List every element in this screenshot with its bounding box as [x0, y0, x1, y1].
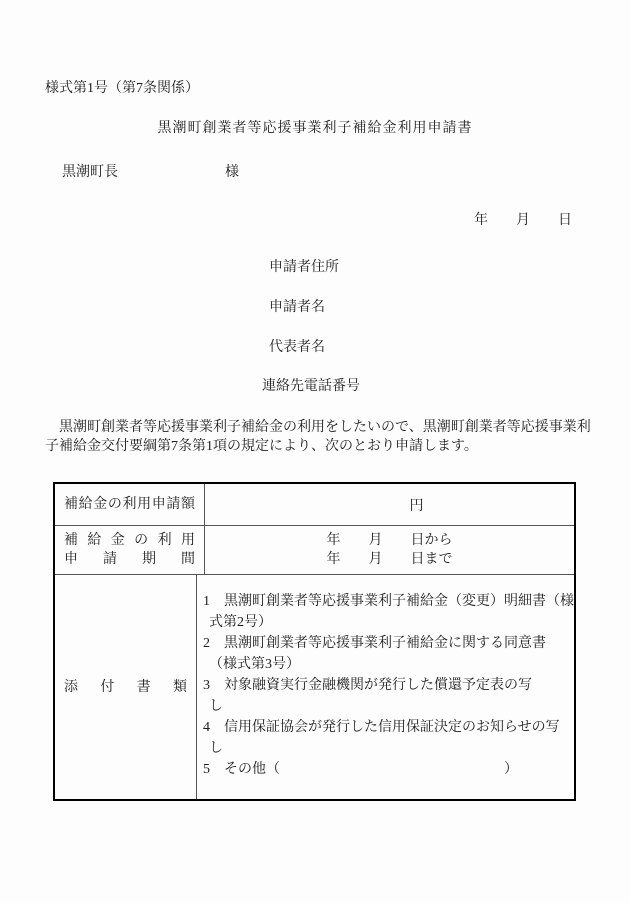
addressee-line: 黒潮町長様	[62, 161, 239, 181]
attachments-list: 1 黒潮町創業者等応援事業利子補給金（変更）明細書（様 式第2号） 2 黒潮町創…	[197, 575, 574, 799]
attachment-item: 4 信用保証協会が発行した信用保証決定のお知らせの写 し	[209, 717, 574, 759]
field-representative-name: 代表者名	[269, 336, 325, 356]
table-row-attachments: 添付書類 1 黒潮町創業者等応援事業利子補給金（変更）明細書（様 式第2号） 2…	[55, 575, 574, 799]
application-table: 補給金の利用申請額 円 補給金の利用 申請期間 年 月 日から 年 月 日まで …	[53, 482, 576, 801]
field-applicant-name: 申請者名	[269, 296, 325, 316]
table-row-period: 補給金の利用 申請期間 年 月 日から 年 月 日まで	[55, 526, 574, 575]
attachment-item: 3 対象融資実行金融機関が発行した償還予定表の写 し	[209, 675, 574, 717]
document-page: 様式第1号（第7条関係） 黒潮町創業者等応援事業利子補給金利用申請書 黒潮町長様…	[0, 0, 630, 903]
table-row-amount: 補給金の利用申請額 円	[55, 484, 574, 526]
form-number: 様式第1号（第7条関係）	[45, 77, 199, 97]
document-title: 黒潮町創業者等応援事業利子補給金利用申請書	[0, 117, 630, 137]
period-to: 年 月 日まで	[205, 550, 574, 569]
attachment-item: 1 黒潮町創業者等応援事業利子補給金（変更）明細書（様 式第2号）	[209, 591, 574, 633]
attachments-label: 添付書類	[64, 678, 187, 697]
period-label-line1: 補給金の利用	[64, 531, 195, 550]
field-applicant-address: 申請者住所	[269, 256, 339, 276]
attachment-item: 5 その他（ ）	[209, 759, 574, 780]
period-from: 年 月 日から	[205, 531, 574, 550]
body-paragraph: 黒潮町創業者等応援事業利子補給金の利用をしたいので、黒潮町創業者等応援事業利 子…	[45, 418, 605, 456]
period-label-line2: 申請期間	[64, 550, 195, 569]
period-label-cell: 補給金の利用 申請期間	[55, 526, 205, 574]
addressee-honorific: 様	[225, 165, 239, 180]
period-value-cell: 年 月 日から 年 月 日まで	[205, 526, 574, 574]
amount-label: 補給金の利用申請額	[64, 495, 195, 514]
attachments-label-cell: 添付書類	[55, 575, 197, 799]
field-contact-phone: 連絡先電話番号	[262, 375, 360, 395]
attachment-item: 2 黒潮町創業者等応援事業利子補給金に関する同意書 （様式第3号）	[209, 633, 574, 675]
amount-label-cell: 補給金の利用申請額	[55, 484, 205, 525]
amount-value-cell: 円	[205, 484, 574, 525]
addressee-name: 黒潮町長	[62, 165, 118, 180]
date-blank-line: 年 月 日	[45, 209, 572, 229]
amount-unit: 円	[410, 495, 424, 515]
